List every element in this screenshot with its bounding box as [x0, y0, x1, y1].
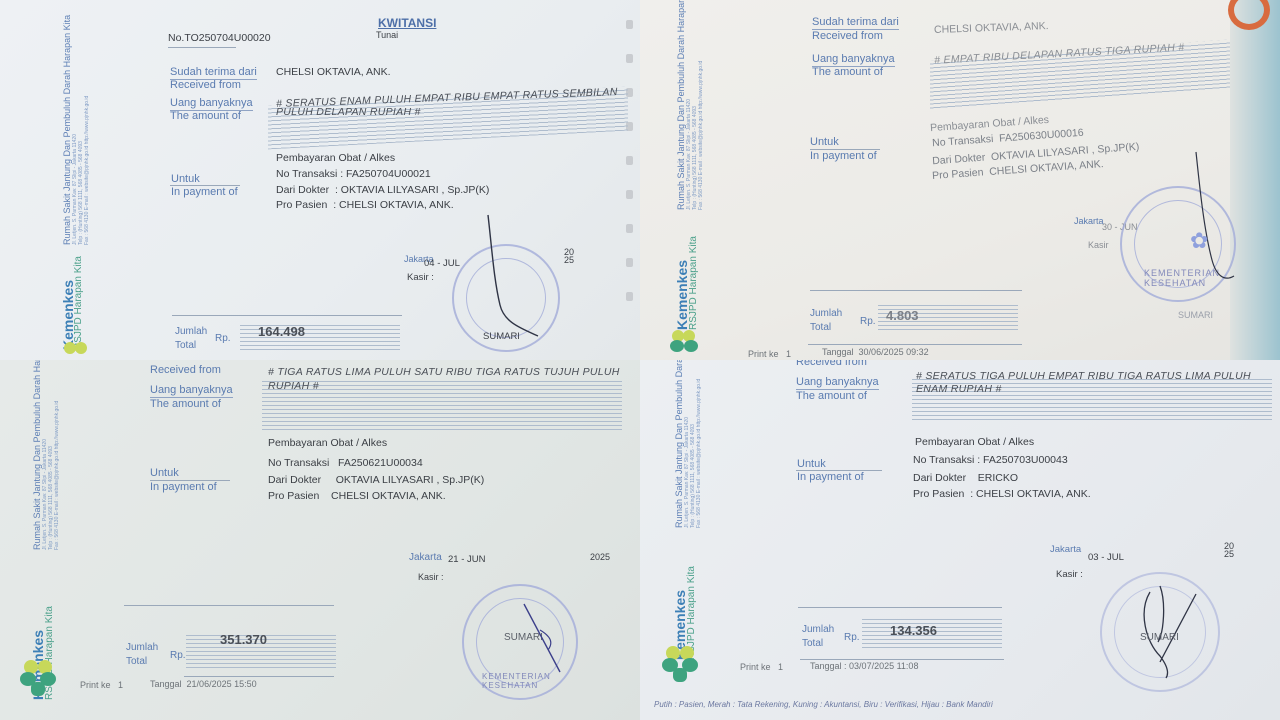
- amount-words-line2: PULUH DELAPAN RUPIAH #: [276, 106, 421, 118]
- cashier-label: Kasir: [1088, 240, 1109, 250]
- doctor-label: Dari Dokter: [276, 184, 329, 196]
- for-label-en: In payment of: [171, 186, 238, 198]
- total-label-en: Total: [175, 340, 196, 351]
- total-label-en: Total: [126, 656, 147, 667]
- received-from-label-en: Received from: [150, 364, 221, 376]
- amount-words-line1: # TIGA RATUS LIMA PULUH SATU RIBU TIGA R…: [268, 366, 620, 378]
- doctor-label: Dari Dokter: [268, 474, 321, 486]
- received-from-label-id: Sudah terima dari: [812, 16, 899, 30]
- total-amount: 4.803: [886, 308, 919, 323]
- print-date-label: Tanggal: [822, 347, 854, 357]
- received-from-value: CHELSI OKTAVIA, ANK.: [276, 66, 391, 78]
- trx-label: No Transaksi: [913, 454, 974, 466]
- print-count: 1: [778, 662, 783, 672]
- patient-label: Pro Pasien: [913, 488, 964, 500]
- currency-label: Rp.: [215, 333, 231, 344]
- payment-description: Pembayaran Obat / Alkes: [268, 437, 387, 449]
- cashier-name: SUMARI: [1178, 310, 1213, 320]
- doctor-name: OKTAVIA LILYASARI , Sp.JP(K): [341, 184, 490, 196]
- receipt-subtitle: Tunai: [376, 30, 398, 40]
- kemenkes-logo-icon: [20, 660, 56, 700]
- amount-label-id: Uang banyaknya: [796, 376, 879, 390]
- for-label-id: Untuk: [171, 173, 200, 185]
- for-label-en: In payment of: [150, 481, 217, 493]
- amount-label-id: Uang banyaknya: [170, 97, 253, 111]
- city-label: Jakarta: [1074, 216, 1104, 226]
- total-amount: 134.356: [890, 623, 937, 638]
- received-from-label-en: Received from: [170, 79, 241, 91]
- trx-number: FA250703U00043: [983, 454, 1068, 466]
- amount-words-line1: # SERATUS TIGA PULUH EMPAT RIBU TIGA RAT…: [916, 370, 1251, 382]
- total-label-id: Jumlah: [175, 326, 207, 337]
- for-label-en: In payment of: [797, 471, 864, 483]
- print-label: Print ke: [748, 349, 779, 359]
- trx-label: No Transaksi: [268, 457, 329, 469]
- total-label-id: Jumlah: [810, 308, 842, 319]
- receipt-photo-1: Kemenkes RSJPD Harapan Kita Rumah Sakit …: [0, 0, 640, 360]
- print-label: Print ke: [80, 680, 111, 690]
- trx-number: FA250704U00021: [346, 168, 431, 180]
- amount-label-en: The amount of: [796, 390, 867, 402]
- city-label: Jakarta: [1050, 544, 1081, 555]
- received-from-label-en: Received from: [812, 30, 883, 42]
- print-date-label: Tanggal: [810, 661, 842, 671]
- print-date-label: Tanggal: [150, 679, 182, 689]
- trx-label: No Transaksi: [932, 133, 994, 149]
- hospital-fax: Fax : 568 4130 E-mail : website@pjnhk.go…: [84, 15, 90, 245]
- year-bottom: 25: [564, 256, 574, 264]
- trx-number: FA250630U00016: [999, 127, 1084, 145]
- receipt-date: 21 - JUN: [448, 554, 485, 565]
- payment-description: Pembayaran Obat / Alkes: [915, 436, 1034, 448]
- patient-name: CHELSI OKTAVIA, ANK.: [331, 490, 446, 502]
- total-amount: 164.498: [258, 324, 305, 339]
- patient-name: CHELSI OKTAVIA, ANK.: [339, 199, 454, 211]
- total-label-en: Total: [810, 322, 831, 333]
- received-from-value: CHELSI OKTAVIA, ANK.: [934, 20, 1049, 36]
- cashier-name: SUMARI: [483, 331, 520, 342]
- cashier-name: SUMARI: [1140, 632, 1179, 643]
- perforation-holes: [626, 20, 634, 326]
- copy-legend: Putih : Pasien, Merah : Tata Rekening, K…: [654, 700, 993, 709]
- trx-label: No Transaksi: [276, 168, 337, 180]
- receipt-year: 2025: [590, 552, 610, 562]
- receipt-photo-3: Kemenkes RSJPD Harapan Kita Rumah Sakit …: [0, 360, 640, 720]
- kemenkes-logo-icon: [662, 646, 698, 686]
- for-label-id: Untuk: [150, 467, 179, 479]
- receipt-number: TO250704U00020: [184, 32, 270, 44]
- city-label: Jakarta: [409, 552, 442, 563]
- print-date: 21/06/2025 15:50: [187, 679, 257, 689]
- received-from-label-id: Sudah terima dari: [170, 66, 257, 80]
- doctor-label: Dari Dokter: [913, 472, 966, 484]
- doctor-label: Dari Dokter: [932, 152, 986, 168]
- amount-words-line2: ENAM RUPIAH #: [916, 383, 1002, 395]
- amount-label-id: Uang banyaknya: [150, 384, 233, 398]
- currency-label: Rp.: [170, 650, 186, 661]
- currency-label: Rp.: [860, 316, 876, 327]
- hospital-name: Rumah Sakit Jantung Dan Pembuluh Darah H…: [674, 360, 684, 528]
- amount-label-en: The amount of: [150, 398, 221, 410]
- receipt-photo-2: Kemenkes RSJPD Harapan Kita Rumah Sakit …: [640, 0, 1280, 360]
- hospital-name: Rumah Sakit Jantung Dan Pembuluh Darah H…: [32, 360, 42, 550]
- amount-label-en: The amount of: [170, 110, 241, 122]
- total-label-en: Total: [802, 638, 823, 649]
- cashier-label: Kasir: [1056, 569, 1078, 580]
- patient-label: Pro Pasien: [268, 490, 319, 502]
- for-label-id: Untuk: [797, 458, 826, 470]
- no-label: No.: [168, 32, 184, 44]
- receipt-title: KWITANSI: [378, 16, 436, 30]
- patient-label: Pro Pasien: [276, 199, 327, 211]
- brand-sub: RSJPD Harapan Kita: [73, 256, 84, 350]
- receipt-date: 04 - JUL: [424, 258, 460, 269]
- trx-number: FA250621U00034: [338, 457, 423, 469]
- kemenkes-logo-icon: [62, 342, 90, 360]
- stamp-flower-icon: ✿: [1190, 228, 1208, 254]
- patient-name: CHELSI OKTAVIA, ANK.: [976, 488, 1091, 500]
- doctor-name: OKTAVIA LILYASARI , Sp.JP(K): [336, 474, 485, 486]
- year-bottom: 25: [1224, 550, 1234, 558]
- amount-words-line2: RUPIAH #: [268, 380, 319, 392]
- print-count: 1: [786, 349, 791, 359]
- total-label-id: Jumlah: [802, 624, 834, 635]
- signature-icon: [480, 210, 550, 340]
- kemenkes-logo-icon: [670, 330, 698, 356]
- receipt-date: 03 - JUL: [1088, 552, 1124, 563]
- patient-label: Pro Pasien: [932, 166, 984, 182]
- doctor-name: ERICKO: [978, 472, 1018, 484]
- for-label-id: Untuk: [810, 136, 839, 148]
- print-label: Print ke: [740, 662, 771, 672]
- currency-label: Rp.: [844, 632, 860, 643]
- for-label-en: In payment of: [810, 150, 877, 162]
- hospital-name: Rumah Sakit Jantung Dan Pembuluh Darah H…: [676, 0, 686, 210]
- brand-sub: RSJPD Harapan Kita: [688, 236, 699, 330]
- payment-description: Pembayaran Obat / Alkes: [276, 152, 395, 164]
- print-date: 30/06/2025 09:32: [859, 347, 929, 357]
- hospital-name: Rumah Sakit Jantung Dan Pembuluh Darah H…: [62, 15, 72, 245]
- amount-label-id: Uang banyaknya: [812, 53, 895, 67]
- print-date: 03/07/2025 11:08: [849, 661, 918, 671]
- signature-icon: [520, 600, 570, 680]
- cashier-label: Kasir: [407, 272, 429, 283]
- print-count: 1: [118, 680, 123, 690]
- total-label-id: Jumlah: [126, 642, 158, 653]
- total-amount: 351.370: [220, 632, 267, 647]
- cashier-label: Kasir: [418, 572, 439, 582]
- received-from-label-en: Received from: [796, 360, 867, 368]
- amount-label-en: The amount of: [812, 66, 883, 78]
- receipt-photo-4: Kemenkes RSJPD Harapan Kita Rumah Sakit …: [640, 360, 1280, 720]
